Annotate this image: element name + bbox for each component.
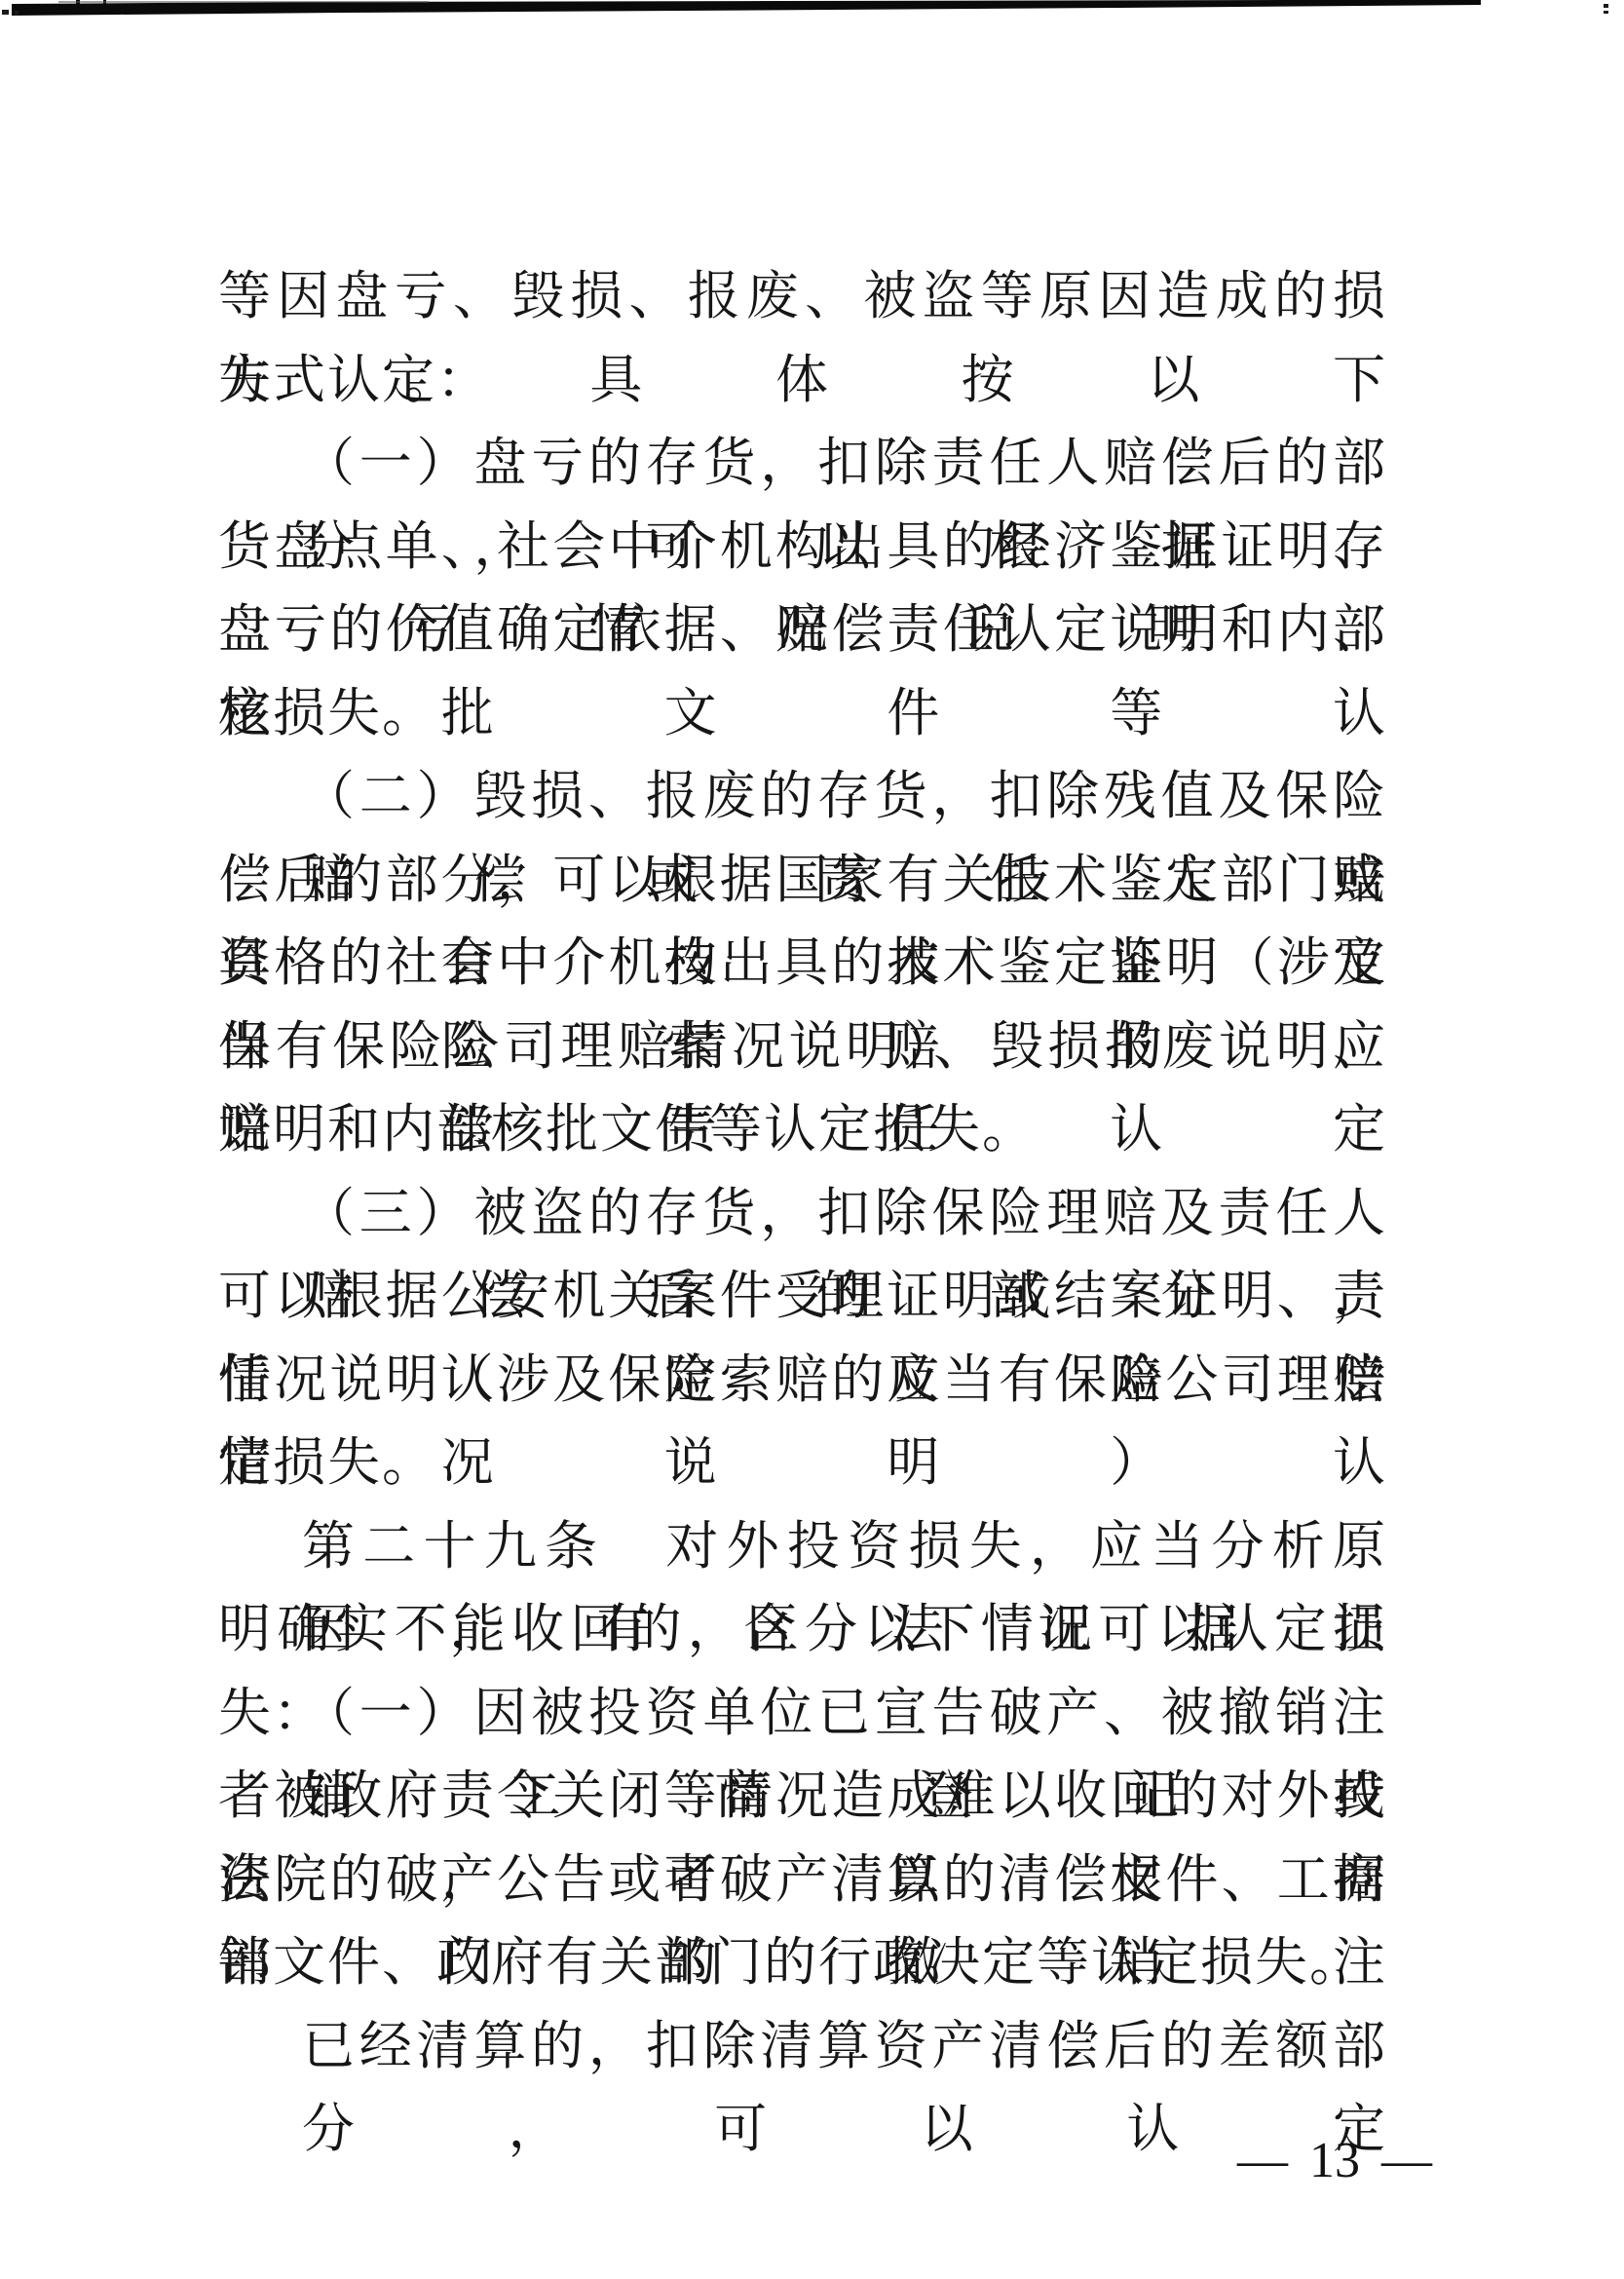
text-line: 等因盘亏、毁损、报废、被盗等原因造成的损失。具体按以下 — [218, 255, 1387, 339]
text-line: 盘亏的价值确定依据、赔偿责任认定说明和内部核批文件等认 — [218, 589, 1387, 672]
text-line: 资格的社会中介机构出具的技术鉴定证明（涉及保险索赔的应 — [218, 922, 1387, 1006]
page-number-dash-left: — — [1237, 2132, 1288, 2190]
document-body: 等因盘亏、毁损、报废、被盗等原因造成的损失。具体按以下方式认定：（一）盘亏的存货… — [218, 255, 1387, 2088]
text-line: 第二十九条 对外投资损失，应当分析原因，有合法证据证 — [218, 1505, 1387, 1589]
text-line: （一）因被投资单位已宣告破产、被撤销注销工商登记或 — [218, 1672, 1387, 1756]
text-line: （一）盘亏的存货，扣除责任人赔偿后的部分，可以根据存 — [218, 422, 1387, 506]
scanned-document-page: 等因盘亏、毁损、报废、被盗等原因造成的损失。具体按以下方式认定：（一）盘亏的存货… — [0, 0, 1624, 2279]
scan-artifact-layer — [0, 0, 1624, 58]
scan-streak-top-bar — [0, 0, 1624, 58]
text-line: 销文件、政府有关部门的行政决定等认定损失。 — [218, 1921, 1387, 2005]
text-line: （二）毁损、报废的存货，扣除残值及保险赔偿或责任人赔 — [218, 755, 1387, 839]
text-line: （三）被盗的存货，扣除保险理赔及责任人赔偿后的部分， — [218, 1172, 1387, 1256]
page-number-value: 13 — [1309, 2132, 1360, 2190]
scan-speck — [1604, 11, 1608, 14]
scan-speck — [1604, 4, 1608, 8]
text-line: 货盘点单、社会中介机构出具的经济鉴证证明、盘亏情况说明、 — [218, 506, 1387, 589]
scan-speck — [15, 11, 19, 15]
text-line: 明确实不能收回的，区分以下情况可以认定损失： — [218, 1588, 1387, 1672]
page-number: — 13 — — [1237, 2132, 1432, 2190]
text-line: 已经清算的，扣除清算资产清偿后的差额部分，可以认定 — [218, 2005, 1387, 2089]
text-line: 可以根据公安机关案件受理证明或结案证明、责任认定及赔偿 — [218, 1255, 1387, 1339]
page-number-dash-right: — — [1381, 2132, 1432, 2190]
scan-speck — [2, 10, 9, 15]
text-line: 者被政府责令关闭等情况造成难以收回的对外投资，可以根据 — [218, 1755, 1387, 1839]
text-line: 当有保险公司理赔情况说明）、毁损报废说明、赔偿责任认定 — [218, 1006, 1387, 1089]
text-line: 偿后的部分，可以根据国家有关技术鉴定部门或具有技术鉴定 — [218, 839, 1387, 923]
text-line: 情况说明（涉及保险索赔的应当有保险公司理赔情况说明）认 — [218, 1339, 1387, 1423]
text-line: 法院的破产公告或者破产清算的清偿文件、工商部门的撤销注 — [218, 1839, 1387, 1922]
